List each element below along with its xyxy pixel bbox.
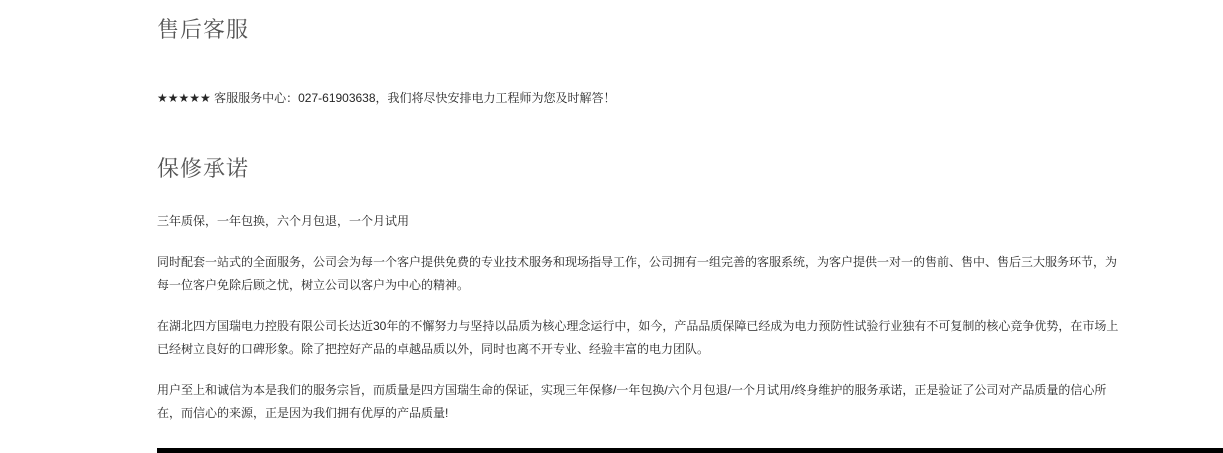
section-after-sales-service: 售后客服 ★★★★★ 客服服务中心：027-61903638，我们将尽快安排电力… xyxy=(157,16,1123,110)
warranty-service-promise-text: 用户至上和诚信为本是我们的服务宗旨，而质量是四方国瑞生命的保证，实现三年保修/一… xyxy=(157,379,1123,425)
section-warranty-promise: 保修承诺 三年质保，一年包换，六个月包退，一个月试用 同时配套一站式的全面服务，… xyxy=(157,155,1123,426)
customer-service-hotline-text: ★★★★★ 客服服务中心：027-61903638，我们将尽快安排电力工程师为您… xyxy=(157,87,1123,110)
warranty-quality-reputation-text: 在湖北四方国瑞电力控股有限公司长达近30年的不懈努力与坚持以品质为核心理念运行中… xyxy=(157,315,1123,361)
content-area: 售后客服 ★★★★★ 客服服务中心：027-61903638，我们将尽快安排电力… xyxy=(157,0,1123,425)
after-sales-service-title: 售后客服 xyxy=(157,16,1123,45)
warranty-promise-title: 保修承诺 xyxy=(157,155,1123,184)
page: { "theme": { "page-bg": "#ffffff", "head… xyxy=(0,0,1223,453)
warranty-service-system-text: 同时配套一站式的全面服务，公司会为每一个客户提供免费的专业技术服务和现场指导工作… xyxy=(157,251,1123,297)
warranty-terms-summary-text: 三年质保，一年包换，六个月包退，一个月试用 xyxy=(157,210,1123,233)
footer-bar xyxy=(157,448,1223,453)
